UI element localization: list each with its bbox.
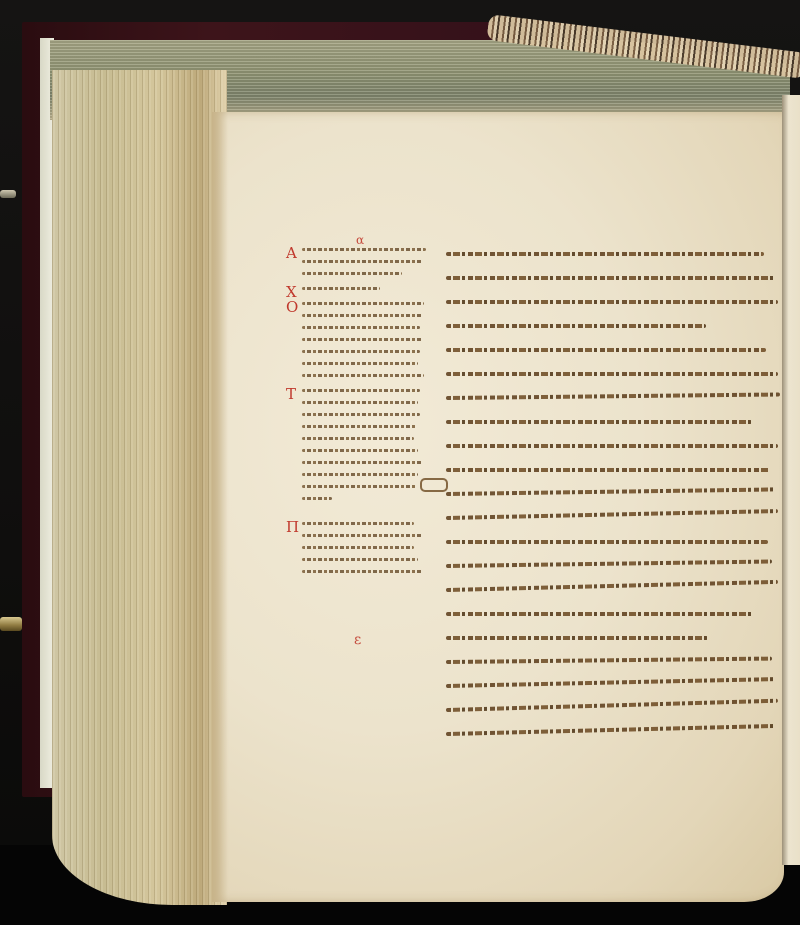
text-line [302,338,422,341]
clasp-pin-top [0,190,16,198]
text-line [302,389,420,392]
brass-clasp [0,617,22,631]
text-line [446,372,778,376]
text-line [302,558,418,561]
text-line [446,420,752,424]
text-line [302,374,424,377]
text-line [302,350,420,353]
text-line [446,724,776,736]
text-line [446,612,754,616]
text-line [302,546,414,549]
text-line [302,314,422,317]
text-line [446,699,778,712]
text-line [302,401,418,404]
lemma-marker [420,478,448,492]
margin-commentary-column: α Α Χ Ο Τ [296,248,428,585]
red-initial: Τ [286,387,296,402]
text-line [446,444,778,448]
text-line [302,485,416,488]
text-line [446,276,776,280]
text-line [302,248,426,251]
text-line [446,540,768,544]
text-line [446,509,778,520]
text-line [302,326,420,329]
main-text-column [446,252,776,756]
text-line [446,324,706,328]
text-line [302,287,380,290]
text-line [446,677,776,688]
red-initial: Π [286,520,299,535]
text-line [446,393,780,400]
text-line [302,260,422,263]
text-line [446,252,764,256]
text-line [302,449,418,452]
manuscript-photo: α Α Χ Ο Τ [0,0,800,925]
red-initial: Ο [286,300,298,315]
rubric-mark: ε [354,634,361,646]
commentary-block: Π [296,522,428,573]
red-initial: Α [286,246,297,261]
text-line [446,580,778,592]
text-line [302,437,414,440]
text-line [302,302,424,305]
text-line [446,348,766,352]
text-line [302,570,422,573]
page-stack-fore-edge [52,70,227,905]
rubric-mark: α [356,234,364,246]
commentary-block: Τ [296,389,428,500]
text-line [302,461,422,464]
commentary-block: Α [296,248,428,275]
text-line [302,425,416,428]
text-line [302,473,418,476]
text-line [446,657,772,664]
text-line [446,468,770,472]
text-line [302,497,332,500]
text-line [446,300,778,304]
facing-page-edge [782,95,800,865]
text-line [302,413,420,416]
text-line [302,272,402,275]
text-line [302,362,418,365]
text-line [302,522,414,525]
commentary-block: Ο [296,302,428,377]
text-line [446,559,772,568]
text-line [446,487,776,496]
text-line [446,636,708,640]
text-line [302,534,422,537]
commentary-block: Χ [296,287,428,290]
